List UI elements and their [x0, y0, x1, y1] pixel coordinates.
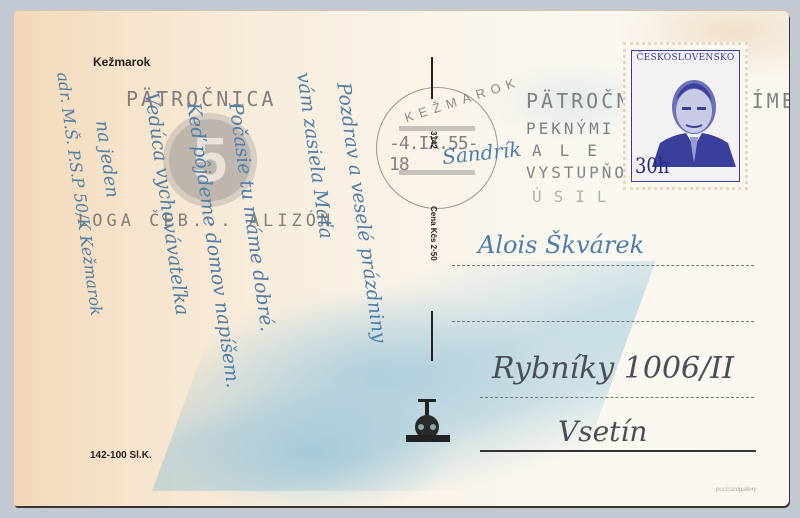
message-line-7: adr. M.Š. P.S.P 50/K Kežmarok [53, 71, 106, 317]
stamp-country: ČESKOSLOVENSKO [632, 53, 739, 63]
stamp-frame: ČESKOSLOVENSKO 30h [631, 50, 740, 182]
address-line-2 [452, 321, 754, 322]
address-line-1 [452, 265, 754, 266]
recipient-name: Alois Škvárek [478, 231, 644, 259]
postage-stamp: ČESKOSLOVENSKO 30h [623, 42, 748, 190]
recipient-street: Rybníky 1006/II [492, 351, 734, 386]
message-line-6: na jeden [91, 119, 123, 199]
slogan-right-line5: ÚSIL [532, 187, 619, 206]
postmark-town: KEŽMAROK [403, 74, 523, 126]
postmark-bar-bottom [399, 170, 475, 175]
vertical-price: Cena Kčs 2·50 [429, 206, 438, 261]
divider-top [431, 57, 433, 99]
recipient-city: Vsetín [558, 415, 647, 448]
stamp-value: 30h [635, 154, 669, 178]
printed-code: 142-100 Sl.K. [90, 450, 152, 461]
vertical-number: 3142 [429, 131, 438, 149]
publisher-logo-icon [406, 399, 450, 447]
address-line-4 [480, 450, 756, 452]
portrait-icon [652, 67, 736, 167]
postcard-back: Kežmarok 142-100 Sl.K. PÄTROČNICA 5 LOGA… [14, 11, 789, 506]
printed-title: Kežmarok [93, 55, 150, 69]
address-line-3 [480, 397, 754, 398]
watermark: postcardgallery [716, 487, 757, 493]
divider-mid [431, 311, 433, 361]
